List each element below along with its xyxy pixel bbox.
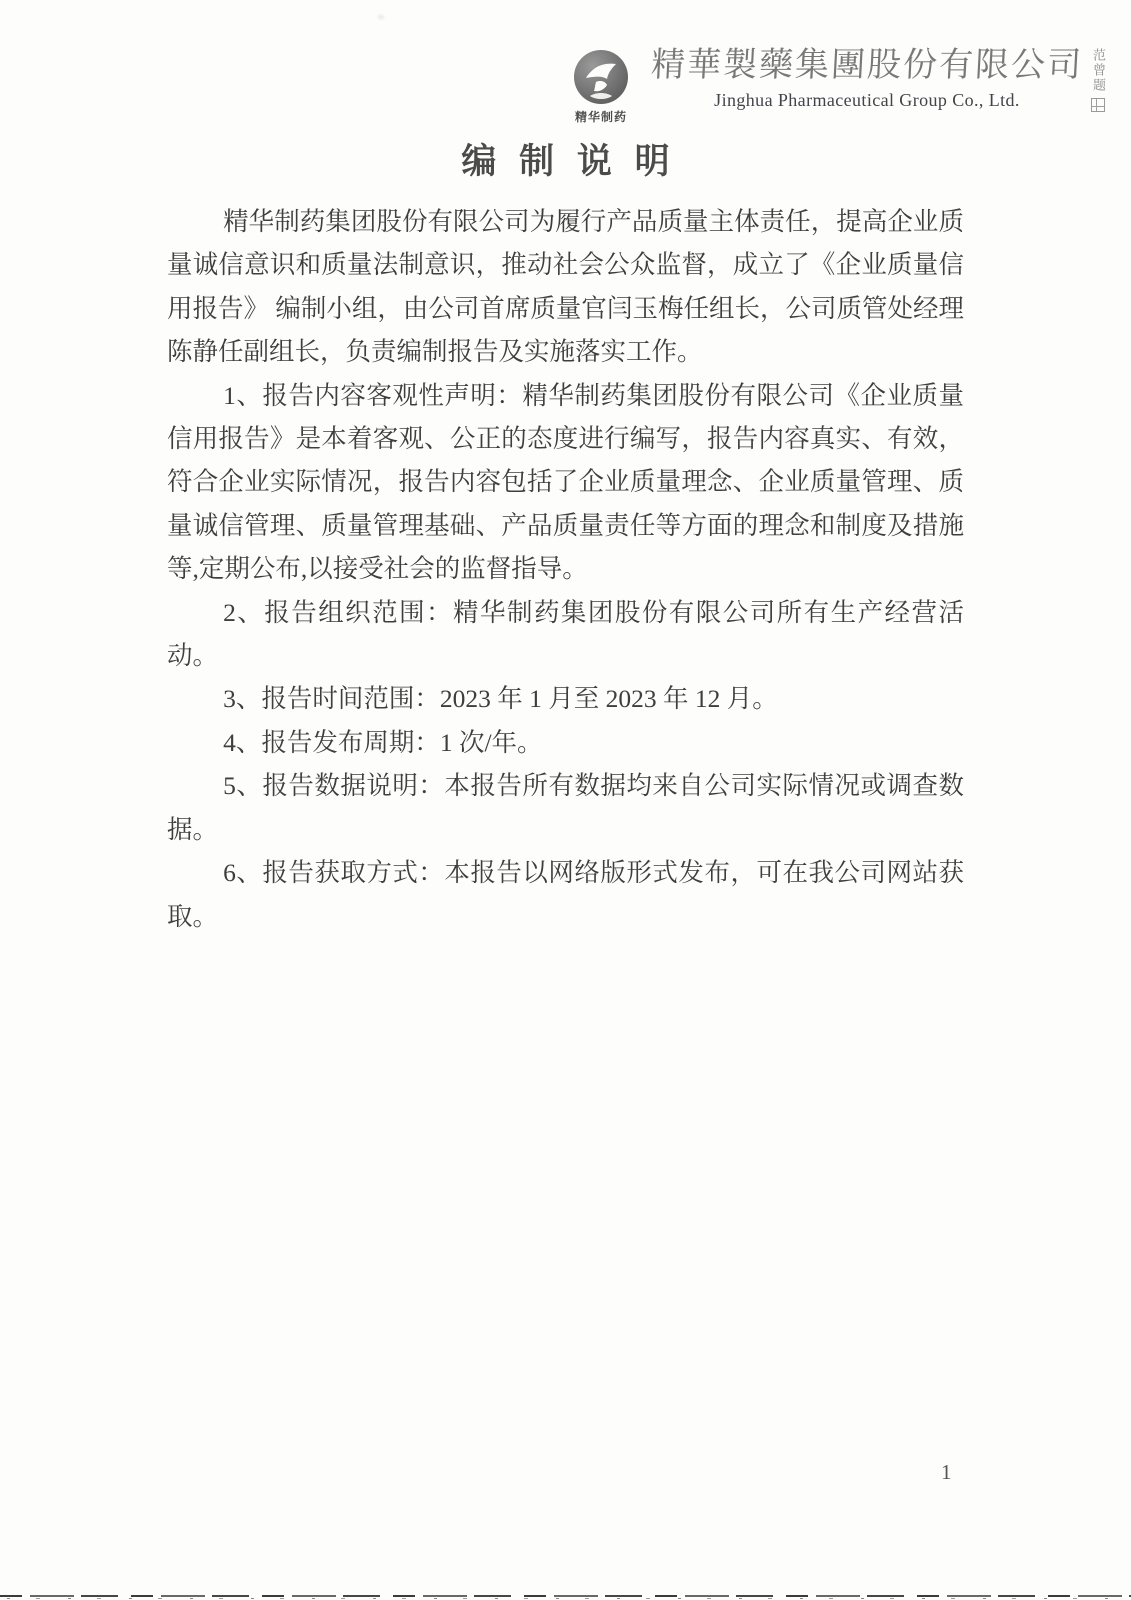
company-name-zh: 精華製藥集團股份有限公司 (650, 46, 1084, 86)
paragraph-intro: 精华制药集团股份有限公司为履行产品质量主体责任，提高企业质量诚信意识和质量法制意… (167, 200, 964, 374)
paragraph-item-2: 2、报告组织范围：精华制药集团股份有限公司所有生产经营活动。 (167, 591, 964, 678)
calligrapher-signature: 范曾题 (1091, 48, 1105, 112)
company-name-en: Jinghua Pharmaceutical Group Co., Ltd. (651, 89, 1083, 111)
logo-caption: 精华制药 (565, 108, 637, 125)
page-title: 编 制 说 明 (167, 134, 964, 184)
document-page: 精华制药 精華製藥集團股份有限公司 Jinghua Pharmaceutical… (0, 0, 1131, 1600)
page-number: 1 (941, 1460, 952, 1485)
paragraph-item-5: 5、报告数据说明：本报告所有数据均来自公司实际情况或调查数据。 (167, 764, 964, 851)
company-names: 精華製藥集團股份有限公司 Jinghua Pharmaceutical Grou… (651, 46, 1083, 111)
signature-text: 范曾题 (1091, 48, 1105, 93)
paragraph-item-1: 1、报告内容客观性声明：精华制药集团股份有限公司《企业质量信用报告》是本着客观、… (167, 374, 964, 591)
document-body: 精华制药集团股份有限公司为履行产品质量主体责任，提高企业质量诚信意识和质量法制意… (167, 200, 964, 938)
seal-stamp-icon (1091, 98, 1105, 112)
logo-bird-icon (572, 48, 630, 106)
paragraph-item-6: 6、报告获取方式：本报告以网络版形式发布，可在我公司网站获取。 (167, 851, 964, 938)
scan-speck (376, 13, 386, 21)
company-logo: 精华制药 (565, 48, 637, 125)
scan-artifact-line (0, 1595, 1131, 1599)
paragraph-item-3: 3、报告时间范围：2023 年 1 月至 2023 年 12 月。 (167, 677, 964, 720)
letterhead: 精华制药 精華製藥集團股份有限公司 Jinghua Pharmaceutical… (565, 46, 1105, 125)
paragraph-item-4: 4、报告发布周期：1 次/年。 (167, 721, 964, 764)
